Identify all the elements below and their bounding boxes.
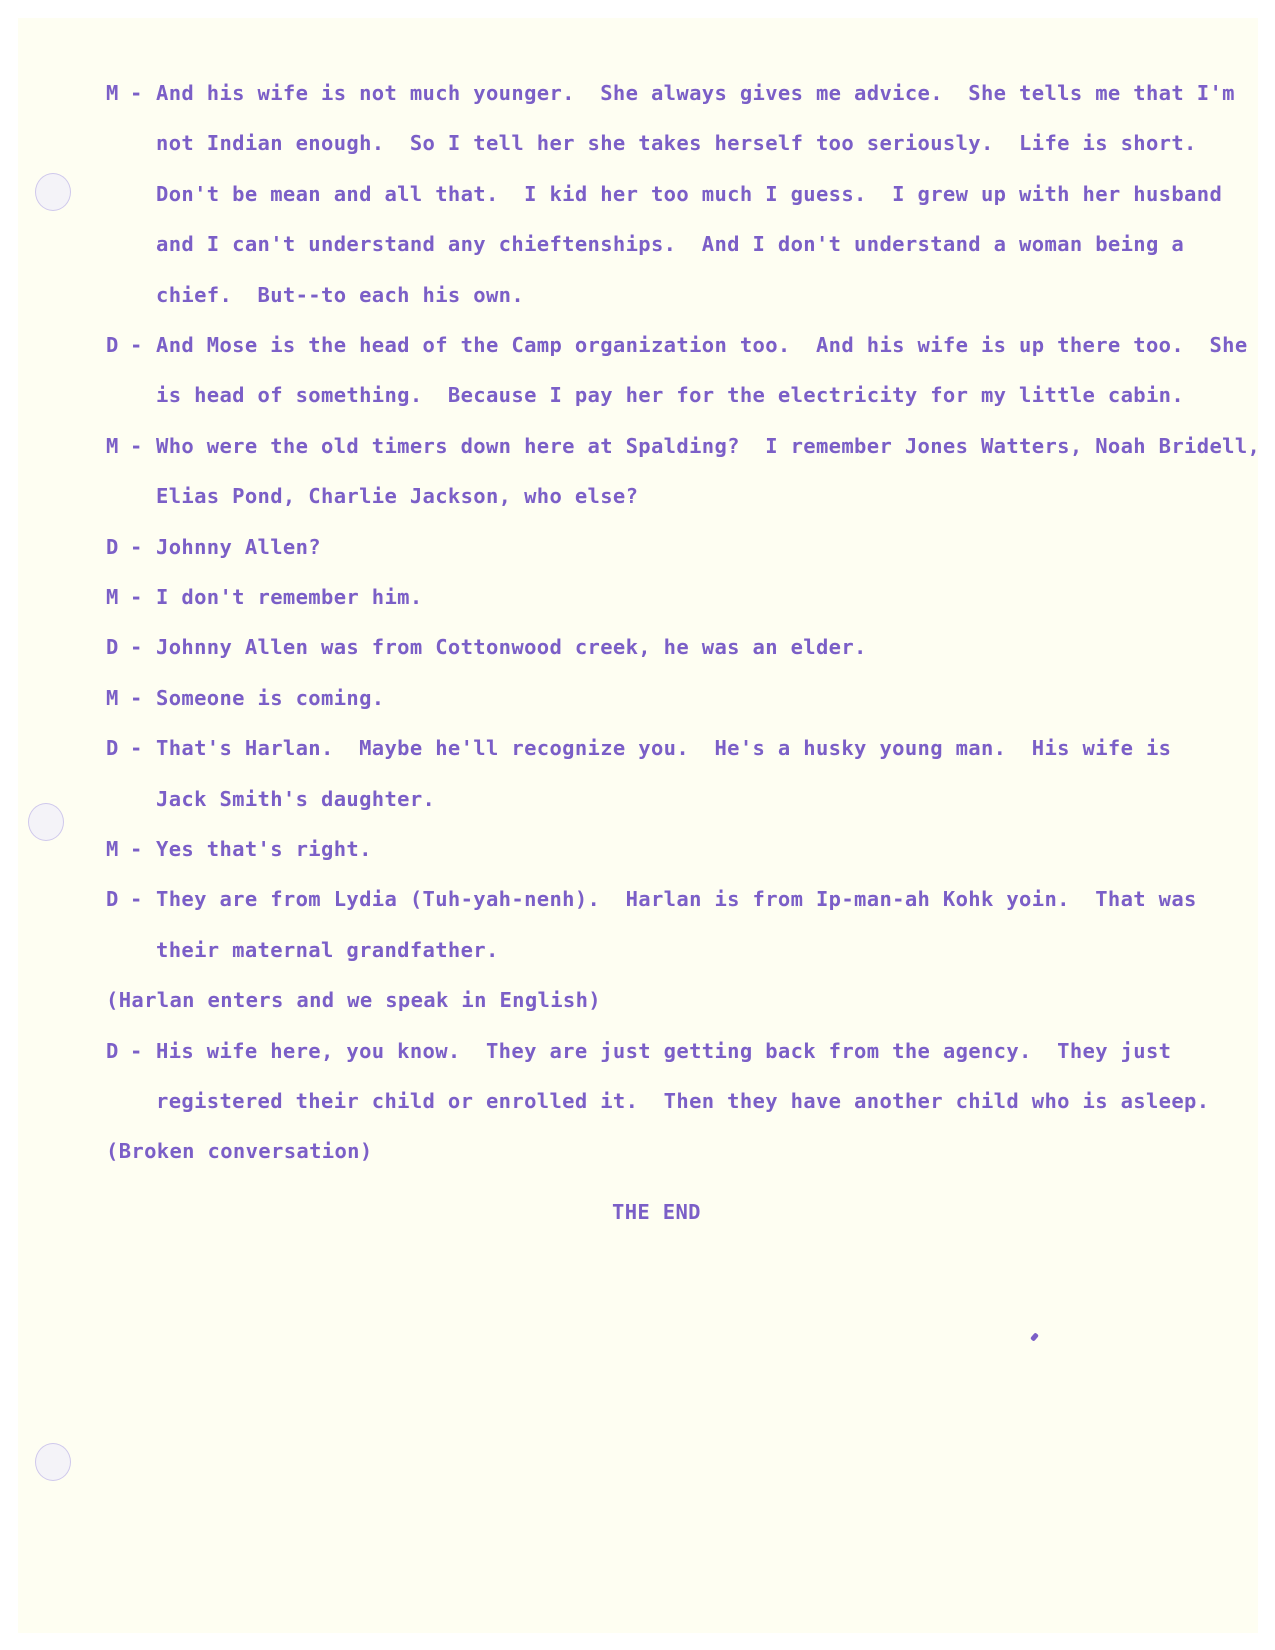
punch-hole-bottom	[35, 1443, 71, 1481]
dialogue-line: not Indian enough. So I tell her she tak…	[156, 131, 1197, 155]
dialogue-line: Johnny Allen?	[156, 535, 321, 559]
speaker-label: D	[106, 535, 119, 559]
dialogue-line: is head of something. Because I pay her …	[156, 383, 1184, 407]
speaker-dash: -	[130, 837, 143, 861]
speaker-label: D	[106, 736, 119, 760]
speaker-label: D	[106, 333, 119, 357]
speaker-dash: -	[130, 635, 143, 659]
speaker-label: D	[106, 887, 119, 911]
dialogue-line: That's Harlan. Maybe he'll recognize you…	[156, 736, 1171, 760]
speaker-label: M	[106, 837, 119, 861]
speaker-dash: -	[130, 81, 143, 105]
dialogue-line: Don't be mean and all that. I kid her to…	[156, 182, 1222, 206]
speaker-dash: -	[130, 887, 143, 911]
dialogue-line: Jack Smith's daughter.	[156, 787, 435, 811]
speaker-dash: -	[130, 585, 143, 609]
speaker-label: D	[106, 1039, 119, 1063]
the-end-closing: THE END	[612, 1200, 701, 1224]
dialogue-line: I don't remember him.	[156, 585, 423, 609]
speaker-dash: -	[130, 535, 143, 559]
dialogue-line: Johnny Allen was from Cottonwood creek, …	[156, 635, 867, 659]
dialogue-line: And his wife is not much younger. She al…	[156, 81, 1235, 105]
dialogue-line: Elias Pond, Charlie Jackson, who else?	[156, 484, 638, 508]
stage-note: (Broken conversation)	[106, 1139, 373, 1163]
dialogue-line: Yes that's right.	[156, 837, 372, 861]
punch-hole-top	[35, 173, 71, 211]
stage-note: (Harlan enters and we speak in English)	[106, 988, 601, 1012]
speaker-label: M	[106, 686, 119, 710]
speaker-dash: -	[130, 736, 143, 760]
dialogue-line: Who were the old timers down here at Spa…	[156, 434, 1260, 458]
dialogue-line: their maternal grandfather.	[156, 938, 499, 962]
dialogue-line: They are from Lydia (Tuh-yah-nenh). Harl…	[156, 887, 1197, 911]
dialogue-line: His wife here, you know. They are just g…	[156, 1039, 1171, 1063]
speaker-label: D	[106, 635, 119, 659]
dialogue-line: chief. But--to each his own.	[156, 283, 524, 307]
dialogue-line: And Mose is the head of the Camp organiz…	[156, 333, 1248, 357]
speaker-dash: -	[130, 1039, 143, 1063]
speaker-label: M	[106, 81, 119, 105]
punch-hole-middle	[28, 803, 64, 841]
typewritten-page	[18, 18, 1258, 1633]
speaker-dash: -	[130, 434, 143, 458]
dialogue-line: and I can't understand any chieftenships…	[156, 232, 1184, 256]
speaker-label: M	[106, 434, 119, 458]
speaker-label: M	[106, 585, 119, 609]
speaker-dash: -	[130, 333, 143, 357]
speaker-dash: -	[130, 686, 143, 710]
dialogue-line: registered their child or enrolled it. T…	[156, 1089, 1209, 1113]
dialogue-line: Someone is coming.	[156, 686, 384, 710]
